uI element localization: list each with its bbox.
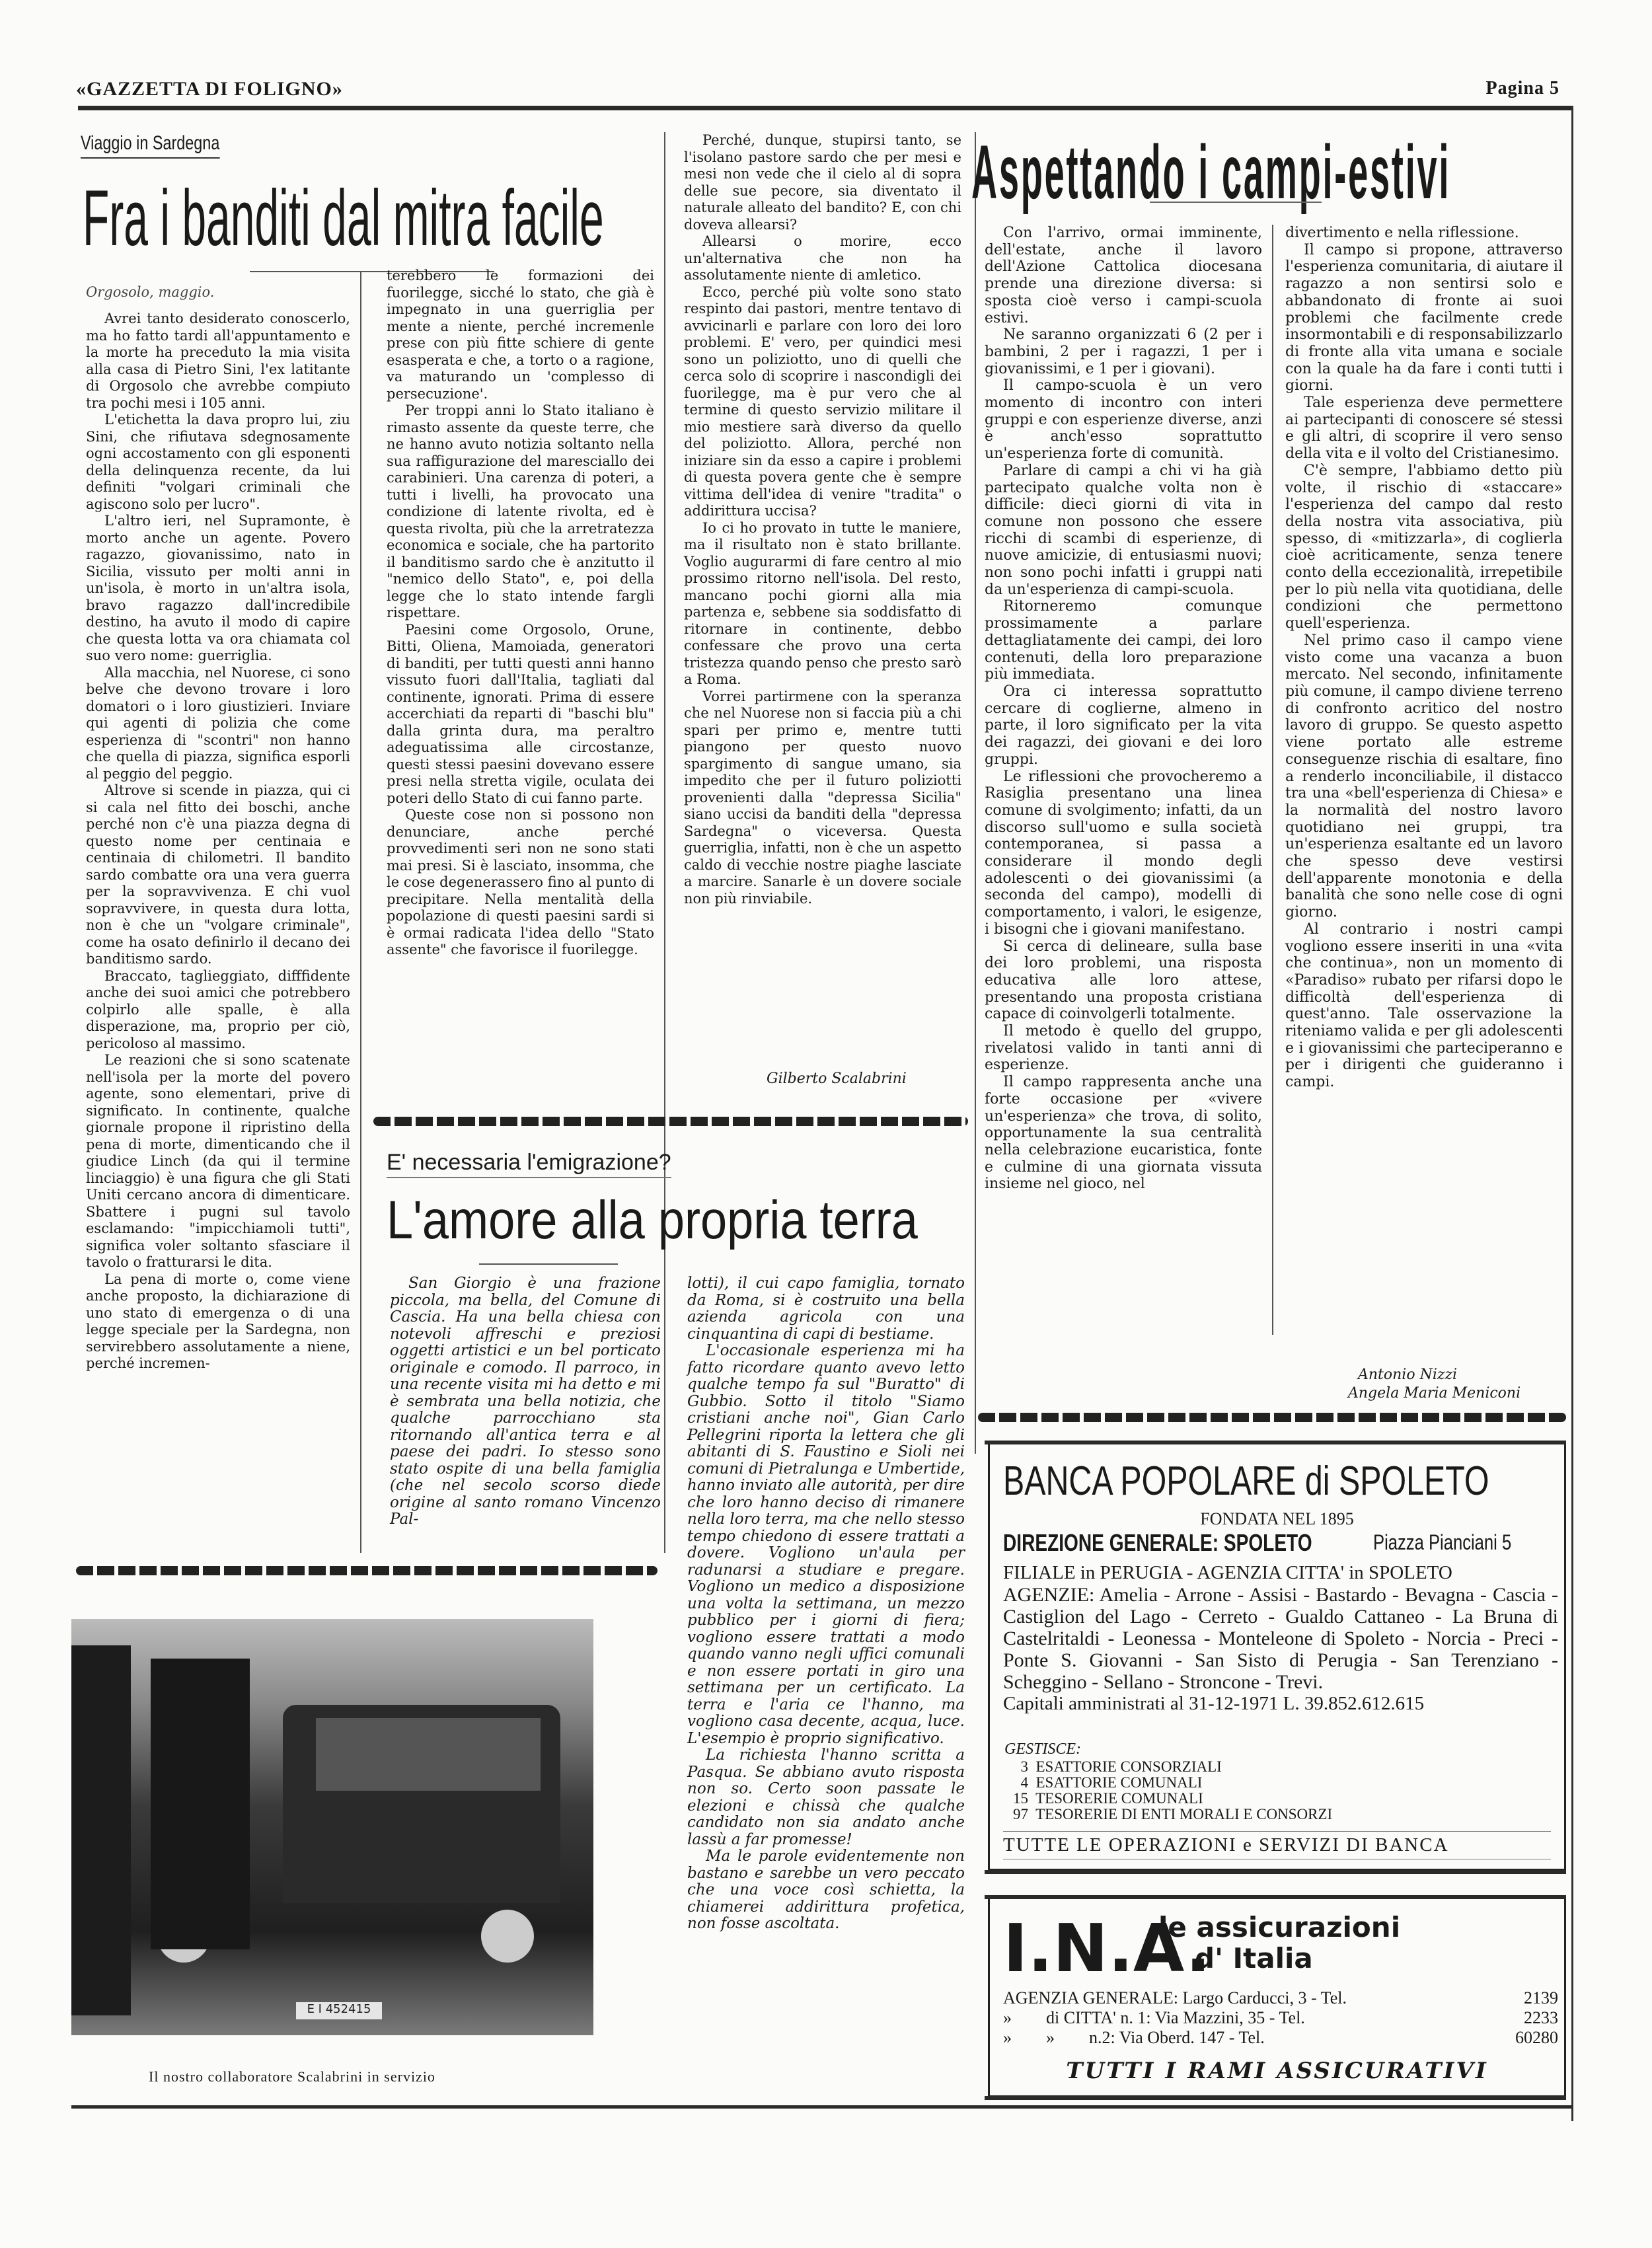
paragraph: Queste cose non si possono non denunciar… [387, 807, 654, 959]
article2-kicker: E' necessaria l'emigrazione? [387, 1150, 671, 1178]
paragraph: Il campo-scuola è un vero momento di inc… [985, 377, 1262, 463]
paragraph: Ritorneremo comunque prossimamente a par… [985, 598, 1262, 683]
article3-signature-1: Antonio Nizzi [1358, 1367, 1457, 1383]
title-underline [1150, 202, 1322, 203]
article3-col2: divertimento e nella riflessione. Il cam… [1285, 225, 1563, 1091]
article3-signature-2: Angela Maria Meniconi [1348, 1385, 1521, 1402]
paragraph: L'etichetta la dava propro lui, ziu Sini… [86, 412, 350, 513]
ina-tagline-1: le assicurazioni [1158, 1911, 1400, 1943]
article1-col1: Avrei tanto desiderato conoscerlo, ma ho… [86, 311, 350, 1372]
paragraph: Tale esperienza deve permettere ai parte… [1285, 394, 1563, 463]
paragraph: Si cerca di delineare, sulla base dei lo… [985, 938, 1262, 1024]
paragraph: C'è sempre, l'abbiamo detto più volte, i… [1285, 463, 1563, 632]
paragraph: Le reazioni che si sono scatenate nell'i… [86, 1052, 350, 1271]
bank-direzione-label: DIREZIONE GENERALE: SPOLETO [1003, 1529, 1312, 1557]
article2-title: L'amore alla propria terra [387, 1189, 918, 1252]
bank-ad: BANCA POPOLARE di SPOLETO FONDATA NEL 18… [988, 1444, 1566, 1871]
officer-left [71, 1645, 131, 2015]
article1-kicker: Viaggio in Sardegna [81, 132, 219, 159]
bead-divider [978, 1413, 1566, 1422]
paragraph: Ma le parole evidentemente non bastano e… [687, 1848, 965, 1933]
ina-addresses: AGENZIA GENERALE: Largo Carducci, 3 - Te… [1003, 1988, 1558, 2048]
paragraph: Per troppi anni lo Stato italiano è rima… [387, 402, 654, 622]
article1-col3: Perché, dunque, stupirsi tanto, se l'iso… [684, 132, 961, 907]
ina-address-line: » » n.2: Via Oberd. 147 - Tel.60280 [1003, 2028, 1558, 2048]
ina-ad: I.N.A. le assicurazioni d' Italia AGENZI… [988, 1899, 1566, 2097]
photo-caption: Il nostro collaboratore Scalabrini in se… [149, 2068, 435, 2085]
gestisce-item: 4 ESATTORIE COMUNALI [1004, 1775, 1332, 1791]
bottom-rule [71, 2105, 1573, 2109]
bank-gestisce-list: 3 ESATTORIE CONSORZIALI 4 ESATTORIE COMU… [1004, 1759, 1332, 1822]
article1-title: Fra i banditi dal mitra facile [83, 169, 604, 268]
ina-footer: TUTTI I RAMI ASSICURATIVI [990, 2058, 1564, 2084]
paragraph: Il campo si propone, attraverso l'esperi… [1285, 242, 1563, 394]
ina-address-line: » di CITTA' n. 1: Via Mazzini, 35 - Tel.… [1003, 2008, 1558, 2028]
bank-founded: FONDATA NEL 1895 [990, 1509, 1564, 1529]
headlight-right [481, 1910, 534, 1963]
article3-col1: Con l'arrivo, ormai imminente, dell'esta… [985, 225, 1262, 1193]
gestisce-item: 97 TESORERIE DI ENTI MORALI E CONSORZI [1004, 1807, 1332, 1822]
paragraph: Alla macchia, nel Nuorese, ci sono belve… [86, 665, 350, 783]
paragraph: Le riflessioni che provocheremo a Rasigl… [985, 768, 1262, 938]
ad-rule [985, 1870, 1566, 1874]
article1-dateline: Orgosolo, maggio. [86, 284, 350, 301]
column-divider [975, 132, 976, 1454]
article1-signature: Gilberto Scalabrini [767, 1070, 907, 1087]
license-plate: E I 452415 [296, 2002, 382, 2019]
column-divider [360, 271, 361, 1553]
paragraph: Vorrei partirmene con la speranza che ne… [684, 689, 961, 908]
gestisce-item: 15 TESORERIE COMUNALI [1004, 1791, 1332, 1807]
paragraph: Ne saranno organizzati 6 (2 per i bambin… [985, 326, 1262, 377]
paragraph: La richiesta l'hanno scritta a Pasqua. S… [687, 1747, 965, 1848]
photo-police-car: E I 452415 [71, 1619, 593, 2035]
bank-capitali: Capitali amministrati al 31-12-1971 L. 3… [1003, 1693, 1558, 1715]
paragraph: Braccato, taglieggiato, difffidente anch… [86, 968, 350, 1053]
bank-branches: FILIALE in PERUGIA - AGENZIA CITTA' in S… [1003, 1562, 1558, 1715]
ad-rule [985, 2096, 1566, 2100]
paragraph: Il metodo è quello del gruppo, rivelatos… [985, 1023, 1262, 1074]
bank-filiale: FILIALE in PERUGIA - AGENZIA CITTA' in S… [1003, 1562, 1558, 1584]
paragraph: divertimento e nella riflessione. [1285, 225, 1563, 242]
paragraph: Perché, dunque, stupirsi tanto, se l'iso… [684, 132, 961, 233]
bank-agenzie: AGENZIE: Amelia - Arrone - Assisi - Bast… [1003, 1584, 1558, 1693]
bead-divider [373, 1117, 968, 1126]
paragraph: Parlare di campi a chi vi ha già parteci… [985, 463, 1262, 599]
ina-tagline-2: d' Italia [1195, 1942, 1313, 1974]
article2-col2: lotti), il cui capo famiglia, tornato da… [687, 1275, 965, 1933]
column-divider [1272, 225, 1273, 1335]
bead-divider [76, 1566, 657, 1575]
header-rule [78, 106, 1573, 110]
ina-address-line: AGENZIA GENERALE: Largo Carducci, 3 - Te… [1003, 1988, 1558, 2008]
paragraph: Avrei tanto desiderato conoscerlo, ma ho… [86, 311, 350, 412]
title-underline [479, 1263, 618, 1265]
bank-footer: TUTTE LE OPERAZIONI e SERVIZI DI BANCA [1003, 1831, 1551, 1859]
column-divider [664, 132, 665, 1553]
paragraph: Paesini come Orgosolo, Orune, Bitti, Oli… [387, 622, 654, 807]
paragraph: Il campo rappresenta anche una forte occ… [985, 1074, 1262, 1193]
paragraph: San Giorgio è una frazione piccola, ma b… [390, 1275, 661, 1528]
paragraph: Io ci ho provato in tutte le maniere, ma… [684, 520, 961, 689]
paragraph: Altrove si scende in piazza, qui ci si c… [86, 782, 350, 968]
paragraph: Allearsi o morire, ecco un'alternativa c… [684, 233, 961, 284]
paragraph: lotti), il cui capo famiglia, tornato da… [687, 1275, 965, 1343]
page-number: Pagina 5 [1486, 78, 1559, 99]
paragraph: Al contrario i nostri campi vogliono ess… [1285, 921, 1563, 1091]
newspaper-name: «GAZZETTA DI FOLIGNO» [76, 78, 343, 100]
right-border [1571, 106, 1573, 2121]
paragraph: L'occasionale esperienza mi ha fatto ric… [687, 1343, 965, 1747]
paragraph: Nel primo caso il campo viene visto come… [1285, 632, 1563, 921]
car-windshield [316, 1718, 541, 1791]
bank-name: BANCA POPOLARE di SPOLETO [1003, 1458, 1489, 1505]
article3-title: Aspettando i campi-estivi [971, 129, 1450, 216]
bank-direzione-address: Piazza Pianciani 5 [1373, 1530, 1511, 1555]
paragraph: Con l'arrivo, ormai imminente, dell'esta… [985, 225, 1262, 326]
bank-gestisce-label: GESTISCE: [1004, 1741, 1081, 1758]
officer-right [151, 1659, 250, 1949]
paragraph: terebbero le formazioni dei fuorilegge, … [387, 268, 654, 402]
paragraph: Ecco, perché più volte sono stato respin… [684, 284, 961, 520]
gestisce-item: 3 ESATTORIE CONSORZIALI [1004, 1759, 1332, 1775]
paragraph: Ora ci interessa soprattutto cercare di … [985, 683, 1262, 768]
paragraph: La pena di morte o, come viene anche pro… [86, 1271, 350, 1372]
article1-col2: terebbero le formazioni dei fuorilegge, … [387, 268, 654, 959]
article2-col1: San Giorgio è una frazione piccola, ma b… [390, 1275, 661, 1528]
paragraph: L'altro ieri, nel Supramonte, è morto an… [86, 513, 350, 665]
bank-direzione: DIREZIONE GENERALE: SPOLETO Piazza Pianc… [1003, 1529, 1399, 1557]
